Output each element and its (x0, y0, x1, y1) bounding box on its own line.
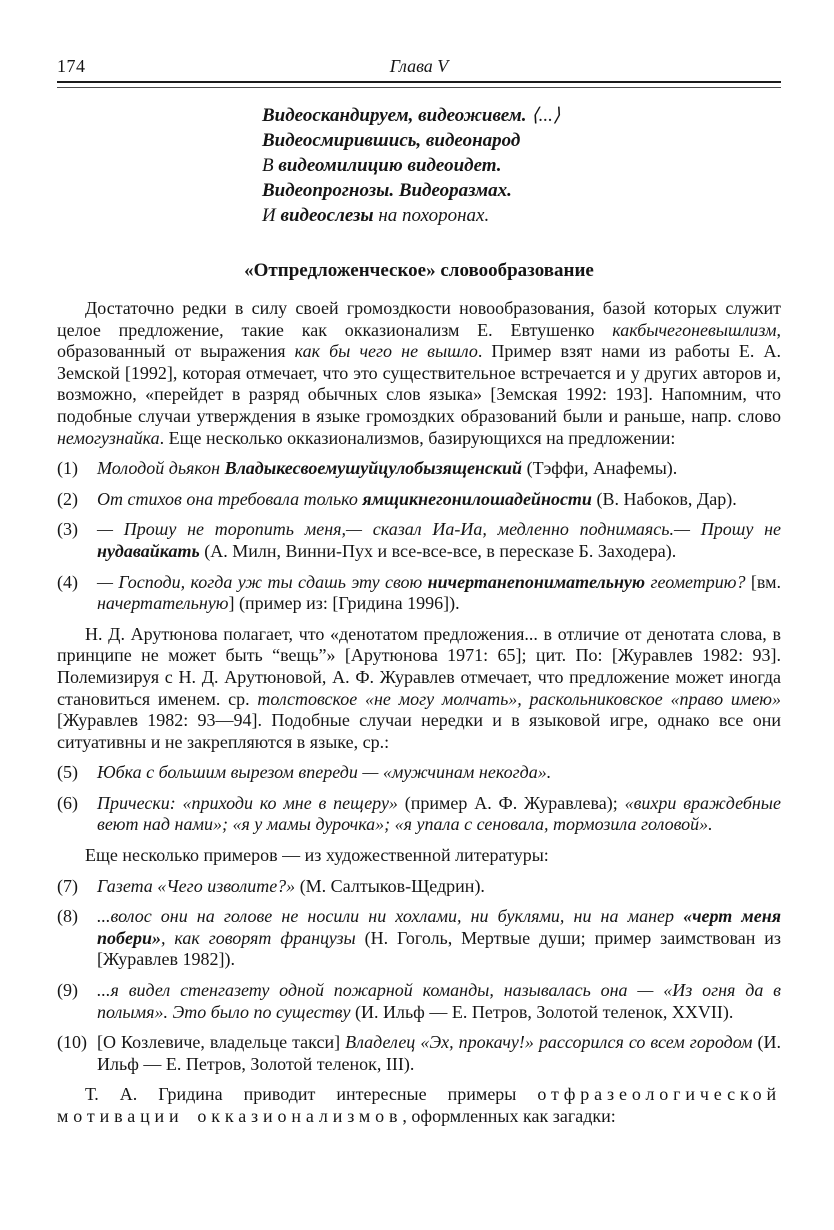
chapter-title: Глава V (390, 54, 449, 78)
text-run: Видеопрогнозы. Видеоразмах. (262, 180, 512, 201)
example-number: (4) (57, 572, 78, 594)
poem-line: Видеопрогнозы. Видеоразмах. (262, 178, 781, 203)
text-run: [О Козлевиче, владельце такси] (97, 1032, 345, 1052)
numbered-example: (4)— Господи, когда уж ты сдашь эту свою… (57, 572, 781, 615)
text-run: ничертанепонимательную (428, 572, 645, 592)
paragraph: Т. А. Гридина приводит интересные пример… (57, 1084, 781, 1127)
page-number: 174 (57, 54, 86, 78)
text-run: — Прошу не торопить меня,— сказал Иа-Иа,… (97, 519, 781, 539)
book-page: 174 Глава V Видеоскандируем, видеоживем.… (0, 0, 834, 1230)
example-number: (1) (57, 458, 78, 480)
text-run: (пример А. Ф. Журавлева); (398, 793, 625, 813)
body-text: Достаточно редки в силу своей громоздкос… (57, 298, 781, 1128)
example-number: (5) (57, 762, 78, 784)
text-run: как бы чего не вышло (295, 341, 478, 361)
numbered-example: (1)Молодой дьякон Владыкесвоемушуйцулобы… (57, 458, 781, 480)
text-run: От стихов она требовала только (97, 489, 362, 509)
example-number: (6) (57, 793, 78, 815)
example-number: (9) (57, 980, 78, 1002)
text-run: Видеоскандируем, видеоживем. (262, 105, 526, 126)
poem-line: В видеомилицию видеоидет. (262, 153, 781, 178)
example-number: (2) (57, 489, 78, 511)
text-run: [вм. (746, 572, 781, 592)
numbered-example: (2)От стихов она требовала только ямщикн… (57, 489, 781, 511)
text-run: Видеосмирившись, видеонарод (262, 130, 520, 151)
text-run: Юбка с большим вырезом впереди — «мужчин… (97, 762, 551, 782)
text-run: [Журавлев 1982: 93—94]. Подобные случаи … (57, 710, 781, 752)
numbered-example: (8)...волос они на голове не носили ни х… (57, 906, 781, 971)
text-run: (И. Ильф — Е. Петров, Золотой теленок, X… (350, 1002, 733, 1022)
poem-line: И видеослезы на похоронах. (262, 203, 781, 228)
example-number: (3) (57, 519, 78, 541)
numbered-example: (9)...я видел стенгазету одной пожарной … (57, 980, 781, 1023)
text-run: Прически: «приходи ко мне в пещеру» (97, 793, 398, 813)
text-run: (М. Салтыков-Щедрин). (295, 876, 485, 896)
text-run: (А. Милн, Винни-Пух и все-все-все, в пер… (200, 541, 677, 561)
text-run: ] (пример из: [Гридина 1996]). (228, 593, 459, 613)
poem-epigraph: Видеоскандируем, видеоживем. ⟨...⟩Видеос… (262, 103, 781, 228)
text-run: видеослезы (280, 205, 373, 226)
text-run: Молодой дьякон (97, 458, 225, 478)
text-run: ⟨...⟩ (526, 105, 560, 126)
example-number: (8) (57, 906, 78, 928)
text-run: . Еще несколько окказионализмов, базирую… (160, 428, 676, 448)
header-rule (57, 81, 781, 88)
poem-line: Видеосмирившись, видеонарод (262, 128, 781, 153)
paragraph: Н. Д. Арутюнова полагает, что «денотатом… (57, 624, 781, 754)
text-run: — Господи, когда уж ты сдашь эту свою (97, 572, 428, 592)
text-run: (Тэффи, Анафемы). (522, 458, 677, 478)
text-run: на похоронах. (374, 205, 490, 226)
example-number: (10) (57, 1032, 87, 1054)
text-run: , как говорят французы (161, 928, 356, 948)
text-run: В (262, 155, 278, 176)
text-run: Владыкесвоемушуйцулобызященский (225, 458, 523, 478)
paragraph: Еще несколько примеров — из художественн… (57, 845, 781, 867)
example-number: (7) (57, 876, 78, 898)
text-run: геометрию? (645, 572, 745, 592)
text-run: (В. Набоков, Дар). (592, 489, 737, 509)
text-run: Газета «Чего изволите?» (97, 876, 295, 896)
text-run: , оформленных как загадки: (402, 1106, 615, 1126)
text-run: ямщикнегонилошадейности (362, 489, 592, 509)
text-run: Т. А. Гридина приводит интересные пример… (85, 1084, 537, 1104)
text-run: Владелец «Эх, прокачу!» рассорился со вс… (345, 1032, 752, 1052)
text-run: какбычегоневышлизм (612, 320, 776, 340)
numbered-example: (6)Прически: «приходи ко мне в пещеру» (… (57, 793, 781, 836)
numbered-example: (3)— Прошу не торопить меня,— сказал Иа-… (57, 519, 781, 562)
numbered-example: (10)[О Козлевиче, владельце такси] Владе… (57, 1032, 781, 1075)
text-run: немогузнайка (57, 428, 160, 448)
running-header: 174 Глава V (57, 54, 781, 78)
numbered-example: (5)Юбка с большим вырезом впереди — «муж… (57, 762, 781, 784)
text-run: Еще несколько примеров — из художественн… (85, 845, 549, 865)
numbered-example: (7)Газета «Чего изволите?» (М. Салтыков-… (57, 876, 781, 898)
poem-line: Видеоскандируем, видеоживем. ⟨...⟩ (262, 103, 781, 128)
text-run: начертательную (97, 593, 228, 613)
section-heading: «Отпредложенческое» словообразование (57, 259, 781, 283)
text-run: толстовское «не могу молчать», раскольни… (257, 689, 781, 709)
text-run: ...волос они на голове не носили ни хохл… (97, 906, 683, 926)
paragraph: Достаточно редки в силу своей громоздкос… (57, 298, 781, 449)
text-run: нудавайкать (97, 541, 200, 561)
text-run: видеомилицию видеоидет. (278, 155, 501, 176)
text-run: И (262, 205, 280, 226)
